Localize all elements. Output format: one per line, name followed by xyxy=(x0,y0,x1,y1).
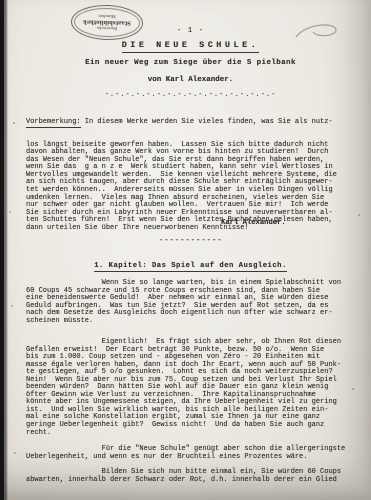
stamp-line-3: München xyxy=(98,14,115,20)
scan-edge-left xyxy=(0,0,8,500)
scan-speck xyxy=(358,214,360,216)
signature: Karl Alexander. xyxy=(221,219,286,227)
paper-background: Bayerische Staatsbibliothek München - 1 … xyxy=(0,0,371,500)
chapter-heading-text: 1. Kapitel: Das Spiel auf den Ausgleich. xyxy=(94,262,287,272)
chapter-paragraph-1: Wenn Sie so lange warten, bis in einem S… xyxy=(26,280,359,325)
document-title: DIE NEUE SCHULE. xyxy=(26,40,355,50)
scan-speck xyxy=(9,211,11,213)
scan-speck xyxy=(13,122,15,124)
chapter-paragraph-2: Eigentlich! Es frägt sich aber sehr, ob … xyxy=(26,339,359,437)
scan-speck xyxy=(352,388,354,390)
foreword-label: Vorbemerkung: xyxy=(26,118,81,128)
foreword-body-lines: los längst beiseite geworfen haben. Lass… xyxy=(26,142,359,233)
foreword-paragraph: Vorbemerkung: In diesem Werke werden Sie… xyxy=(26,104,359,247)
scan-speck xyxy=(11,305,13,307)
document-subtitle: Ein neuer Weg zum Siege über die S pielb… xyxy=(26,59,355,67)
page-number: - 1 - xyxy=(26,27,355,35)
section-divider-rule: ------------ xyxy=(26,236,355,245)
document-title-text: DIE NEUE SCHULE. xyxy=(122,40,260,53)
library-stamp: Bayerische Staatsbibliothek München xyxy=(71,4,144,41)
stamp-line-2: Staatsbibliothek xyxy=(83,19,131,26)
foreword-first-line: Vorbemerkung: In diesem Werke werden Sie… xyxy=(26,119,359,127)
scan-speck xyxy=(14,452,16,454)
chapter-paragraph-3: Für die "Neue Schule" genügt aber schon … xyxy=(26,446,359,461)
foreword-first-line-rest: In diesem Werke werden Sie vieles finden… xyxy=(81,118,333,126)
scanned-document-page: { "stamp": { "line1": "Bayerische", "lin… xyxy=(0,0,371,500)
chapter-heading: 1. Kapitel: Das Spiel auf den Ausgleich. xyxy=(26,262,355,270)
chapter-paragraph-4: Bilden Sie sich nun bitte einmal ein, Si… xyxy=(26,469,359,484)
author-byline: von Karl Alexander. xyxy=(26,76,355,84)
dash-dot-rule: -.-.-.-.-.-.-.-.-.-.-.-.-.-.-.-.- xyxy=(26,91,355,99)
